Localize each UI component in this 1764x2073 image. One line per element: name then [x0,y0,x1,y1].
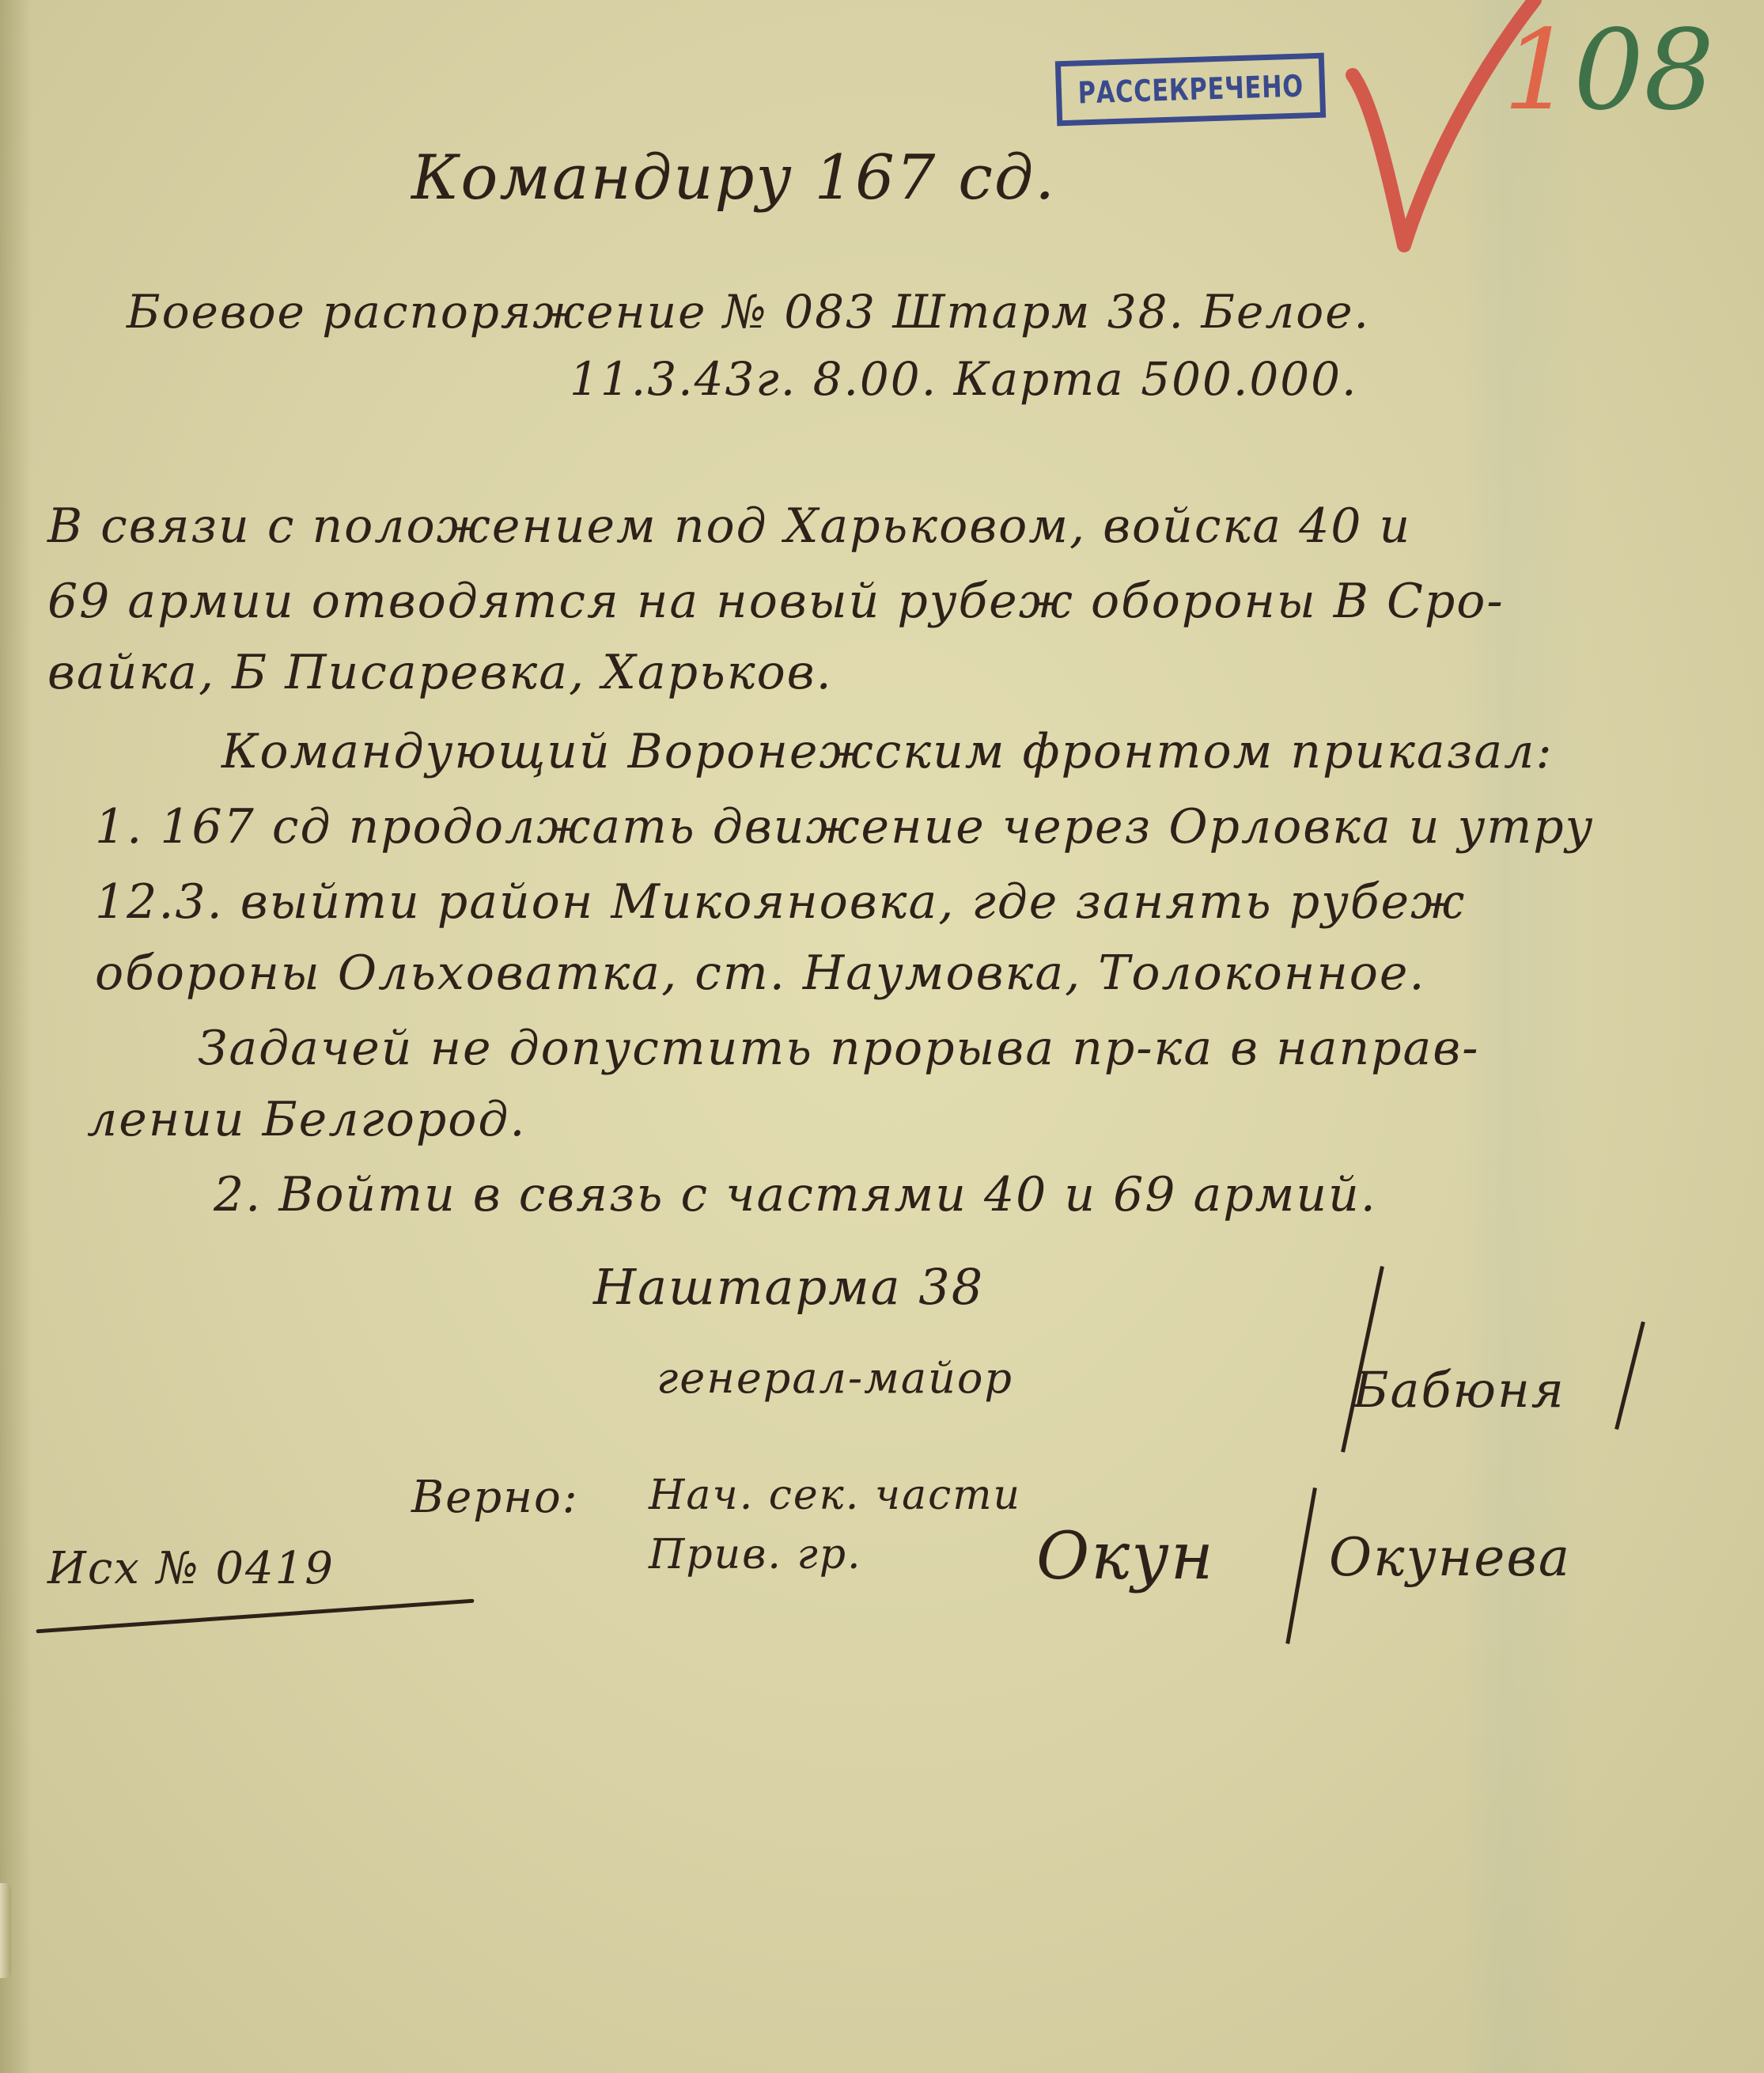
folio-number: 108 [1503,16,1714,127]
signatory-name: Бабюня [1353,1361,1565,1419]
body-line: вайка, Б Писаревка, Харьков. [47,645,833,700]
signatory-title: Наштарма 38 [593,1258,984,1316]
body-line: В связи с положением под Харьковом, войс… [47,498,1411,554]
body-line: 1. 167 сд продолжать движение через Орло… [95,799,1595,855]
addressee: Командиру 167 сд. [411,142,1056,214]
body-line: Командующий Воронежским фронтом приказал… [221,724,1554,779]
signature-slash-right [1614,1321,1645,1430]
binding-edge [0,1883,11,1978]
body-line: 2. Войти в связь с частями 40 и 69 армий… [214,1167,1377,1222]
outgoing-number-underline [36,1599,475,1634]
archival-document-page: РАССЕКРЕЧЕНО 108 Командиру 167 сд. Боево… [0,0,1764,2073]
certifier-name: Окунева [1329,1527,1571,1588]
body-line: лении Белгород. [87,1092,526,1147]
order-heading-line2: 11.3.43г. 8.00. Карта 500.000. [570,352,1357,406]
declassified-stamp: РАССЕКРЕЧЕНО [1055,53,1326,127]
certifier-slash-left [1285,1487,1317,1644]
folio-digit-2: 0 [1573,6,1644,135]
body-line: Задачей не допустить прорыва пр-ка в нап… [198,1021,1480,1076]
order-heading-line1: Боевое распоряжение № 083 Штарм 38. Бело… [127,285,1370,339]
body-line: обороны Ольховатка, ст. Наумовка, Толоко… [95,946,1425,1001]
certified-label: Верно: [411,1472,579,1523]
body-line: 69 армии отводятся на новый рубеж оборон… [47,574,1505,629]
folio-digit-1: 1 [1503,6,1573,135]
signatory-rank: генерал-майор [657,1353,1013,1403]
certifier-signature: Окун [1036,1519,1215,1594]
outgoing-number: Исх № 0419 [47,1543,335,1594]
stamp-text: РАССЕКРЕЧЕНО [1077,69,1304,111]
certifier-title-line2: Прив. гр. [649,1531,862,1578]
signature-slash-left [1341,1266,1384,1453]
folio-digit-3: 8 [1644,6,1714,135]
body-line: 12.3. выйти район Микояновка, где занять… [95,874,1466,930]
certifier-title-line1: Нач. сек. части [649,1472,1021,1519]
